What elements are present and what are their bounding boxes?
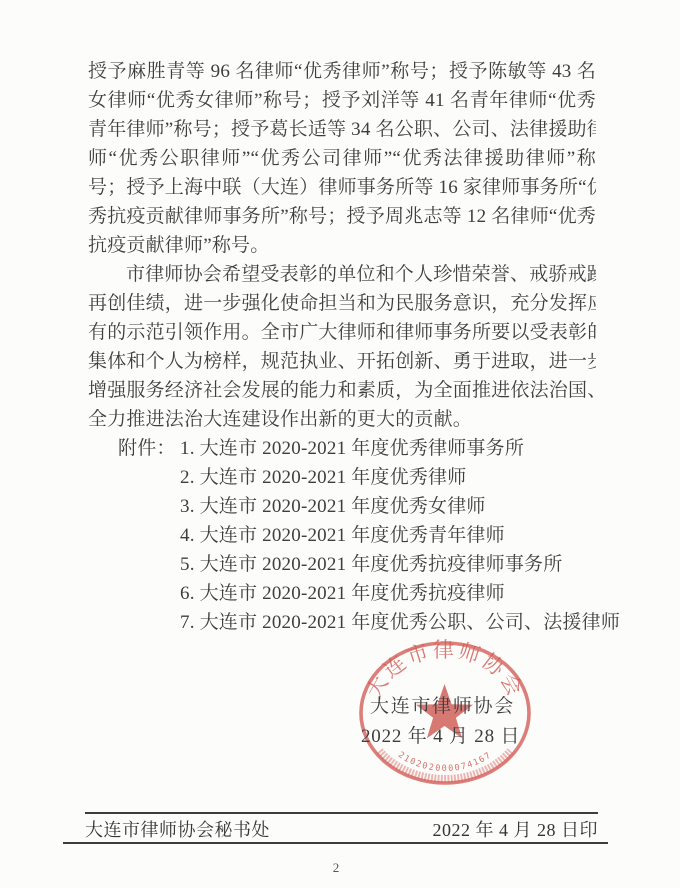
footer-issuer: 大连市律师协会秘书处 — [85, 816, 270, 842]
signature-organization: 大连市律师协会 — [370, 691, 515, 718]
body-text-line: 青年律师”称号；授予葛长适等 34 名公职、公司、法律援助律 — [88, 115, 596, 144]
attachment-item: 1. 大连市 2020-2021 年度优秀律师事务所 — [180, 434, 596, 463]
body-text-line: 再创佳绩，进一步强化使命担当和为民服务意识，充分发挥应 — [88, 289, 596, 318]
attachment-item: 4. 大连市 2020-2021 年度优秀青年律师 — [180, 521, 596, 550]
attachments-section: 附件： 1. 大连市 2020-2021 年度优秀律师事务所 2. 大连市 20… — [88, 434, 596, 637]
footer-print-date: 2022 年 4 月 28 日印 — [433, 816, 599, 842]
body-text-line: 抗疫贡献律师”称号。 — [88, 231, 596, 260]
attachments-list: 1. 大连市 2020-2021 年度优秀律师事务所 2. 大连市 2020-2… — [118, 434, 596, 637]
body-text-line: 女律师“优秀女律师”称号；授予刘洋等 41 名青年律师“优秀 — [88, 86, 596, 115]
body-text-line: 授予麻胜青等 96 名律师“优秀律师”称号；授予陈敏等 43 名 — [88, 57, 596, 86]
page-footer: 大连市律师协会秘书处 2022 年 4 月 28 日印 — [85, 812, 598, 843]
document-body: 授予麻胜青等 96 名律师“优秀律师”称号；授予陈敏等 43 名 女律师“优秀女… — [88, 57, 596, 637]
body-text-line: 集体和个人为榜样，规范执业、开拓创新、勇于进取，进一步 — [88, 347, 596, 376]
body-text-line: 增强服务经济社会发展的能力和素质，为全面推进依法治国、 — [88, 376, 596, 405]
body-text-line: 有的示范引领作用。全市广大律师和律师事务所要以受表彰的 — [88, 318, 596, 347]
document-page: 授予麻胜青等 96 名律师“优秀律师”称号；授予陈敏等 43 名 女律师“优秀女… — [0, 0, 680, 888]
attachment-item: 6. 大连市 2020-2021 年度优秀抗疫律师 — [180, 579, 596, 608]
attachments-label: 附件： — [118, 434, 176, 463]
signature-date: 2022 年 4 月 28 日 — [361, 721, 520, 748]
body-text-line: 号；授予上海中联（大连）律师事务所等 16 家律师事务所“优 — [88, 173, 596, 202]
attachment-item: 3. 大连市 2020-2021 年度优秀女律师 — [180, 492, 596, 521]
body-text-line: 师“优秀公职律师”“优秀公司律师”“优秀法律援助律师”称 — [88, 144, 596, 173]
body-text-line: 秀抗疫贡献律师事务所”称号；授予周兆志等 12 名律师“优秀 — [88, 202, 596, 231]
footer-row: 大连市律师协会秘书处 2022 年 4 月 28 日印 — [85, 814, 598, 843]
attachment-item: 5. 大连市 2020-2021 年度优秀抗疫律师事务所 — [180, 550, 596, 579]
body-text-line: 全力推进法治大连建设作出新的更大的贡献。 — [88, 405, 596, 434]
paragraph-awards: 授予麻胜青等 96 名律师“优秀律师”称号；授予陈敏等 43 名 女律师“优秀女… — [88, 57, 596, 260]
footer-rule — [63, 842, 608, 844]
paragraph-expectations: 市律师协会希望受表彰的单位和个人珍惜荣誉、戒骄戒躁、 再创佳绩，进一步强化使命担… — [88, 260, 596, 434]
body-text-line: 市律师协会希望受表彰的单位和个人珍惜荣誉、戒骄戒躁、 — [88, 260, 596, 289]
page-number: 2 — [0, 860, 672, 876]
attachment-item: 2. 大连市 2020-2021 年度优秀律师 — [180, 463, 596, 492]
